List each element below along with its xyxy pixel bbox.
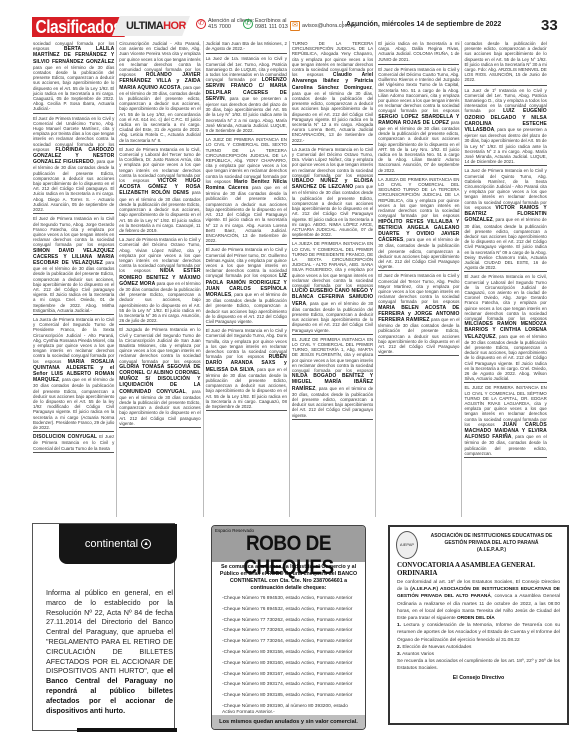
classified-column: TURNO DE LA TERCERA CIRCUNSCRIPCIÓN JUDI… (290, 41, 376, 517)
edict-notice: El Juez de Primera Instancia en lo Civil… (206, 328, 287, 411)
convocatoria-body: De conformidad al art. 16º de los Estatu… (397, 579, 560, 673)
classified-column: contados desde la publicación del presen… (462, 41, 548, 517)
publication-date: Asunción, miércoles 14 de septiembre de … (342, 21, 501, 28)
signature: El Consejo Directivo (397, 675, 560, 681)
edict-notice: El Juez de Primera Instancia en lo Civil… (33, 216, 114, 315)
classified-column: Circunscripción Judicial - Alto Paraná, … (117, 41, 203, 517)
edict-notice: La Jueza de Primera Instancia en lo Civi… (33, 317, 114, 432)
page-number: 33 (541, 17, 558, 34)
agenda-item: 3. Asuntos Varios (397, 651, 560, 658)
edict-notice: El Juez de Primera Instancia en lo Civil… (119, 147, 200, 235)
edict-notice: LA JUEZA DE PRIMERA INSTANCIA EN LO CIVI… (292, 241, 373, 334)
edict-notice: El Juzgado de Primera Instancia en lo Ci… (119, 327, 200, 428)
whatsapp-icon: ✆ (243, 19, 253, 29)
list-item: -Cheque Número 80 393156, estado Activo,… (222, 648, 365, 659)
edict-notice: El Juez de Primera Instancia en lo Civil… (464, 274, 546, 383)
robo-header: Espacio Reservado ROBO DE CHEQUES (212, 526, 365, 562)
tree-icon: ▲ (141, 539, 151, 549)
aiepap-ad: AIEPAP ASOCIACIÓN DE INSTITUCIONES EDUCA… (388, 525, 569, 725)
continental-ad: continental ▲ Informa al público en gene… (32, 523, 175, 731)
convocatoria-title: CONVOCATORIA A ASAMBLEA GENERAL ORDINARI… (397, 561, 560, 577)
edict-notice: Circunscripción Judicial - Alto Paraná, … (119, 41, 200, 145)
robo-cheques-ad: Espacio Reservado ROBO DE CHEQUES Se com… (211, 525, 366, 730)
edict-notice: El Juez de Primera Instancia en lo Civil… (206, 247, 287, 326)
list-item: -Cheque Número 76 894532, estado Activo,… (222, 605, 365, 616)
continental-notice: Informa al público en general, en el mar… (46, 588, 173, 715)
edict-notice: El Juez de Primera Instancia en lo Civil… (33, 116, 114, 215)
edict-notice: contados desde la publicación del presen… (464, 41, 546, 86)
agenda-item: 2. Elección de Nuevas Autoridades (397, 644, 560, 651)
edict-notice: El Juez de Primera Instancia en lo Civil… (378, 273, 459, 356)
edict-notice: LA JUEZA DE PRIMERA INSTANCIA EN LO CIVI… (378, 177, 459, 271)
edict-notice: La Juez de Primera Instancia en lo Civil… (464, 168, 546, 272)
list-item: -Cheque Número 80 393190, al número 80 3… (222, 702, 365, 716)
edict-notice: TURNO DE LA TERCERA CIRCUNSCRIPCIÓN JUDI… (292, 41, 373, 145)
list-item: -Cheque Número 80 393174, estado Activo,… (222, 680, 365, 691)
classified-column: sociedad conyugal formada por los esposo… (31, 41, 117, 517)
edict-notice: El juicio radica en la Secretaría a mi c… (378, 41, 459, 65)
edict-notice: El Juez de Primera Instancia en lo Civil… (378, 67, 459, 175)
edict-notice: La Juez de Primera Instancia en lo Civil… (119, 237, 200, 325)
phone-icon: ✆ (196, 19, 206, 29)
agenda-item: 1. Lectura y consideración de la Memoria… (397, 622, 560, 644)
edict-notice: DISOLUCION CONYUGAL El Juez de Primera I… (33, 434, 114, 453)
list-item: -Cheque Número 80 393185, estado Activo,… (222, 691, 365, 702)
list-item: -Cheque Número 77 730263, estado Activo,… (222, 626, 365, 637)
list-item: -Cheque Número 77 730264, estado Activo,… (222, 637, 365, 648)
mail-icon: ✉ (290, 21, 300, 31)
edict-notice: EL JUEZ DE PRIMERA INSTANCIA EN LO CIVIL… (464, 385, 546, 458)
list-item: -Cheque Número 80 393160, estado Activo,… (222, 659, 365, 670)
edict-notice: La Jueza de Primera Instancia en lo Civi… (292, 147, 373, 239)
classified-column: Judicial San Juan Bta de las Misiones, 2… (204, 41, 290, 517)
page-header: Clasificados ULTIMAHORA ✆ Atención al cl… (0, 16, 580, 38)
divider (77, 728, 177, 732)
reminder: Se recuerda a los asociados el cumplimie… (397, 658, 560, 672)
list-item: -Cheque Número 80 393167, estado Activo,… (222, 670, 365, 681)
classifieds-columns: sociedad conyugal formada por los esposo… (31, 41, 549, 517)
contact-whatsapp: ✆ Escríbinos al0981 111 013 (243, 18, 288, 30)
edict-notice: La Juez de 1ra. Instancia en lo Civil y … (206, 56, 287, 135)
list-item: -Cheque Número 77 730262, estado Active,… (222, 616, 365, 627)
continental-logo: continental ▲ (59, 524, 177, 564)
edict-notice: EL JUEZ DE PRIMERA INSTANCIA EN LO CIVIL… (292, 337, 373, 420)
robo-title: ROBO DE CHEQUES (220, 532, 358, 580)
edict-notice: Judicial San Juan Bta de las Misiones, 2… (206, 41, 287, 54)
robo-footer: Los mismos quedan anulados y sin valor c… (212, 715, 365, 729)
newspaper-logo: ULTIMAHORA (112, 16, 190, 36)
org-name: ASOCIACIÓN DE INSTITUCIONES EDUCATIVAS D… (423, 530, 560, 554)
edict-notice: La Juez de 1º Instancia en lo Civil y Co… (464, 88, 546, 167)
aiepap-logo: AIEPAP (396, 531, 418, 559)
edict-notice: sociedad conyugal formada por los esposo… (33, 41, 114, 114)
classified-column: El juicio radica en la Secretaría a mi c… (376, 41, 462, 517)
list-item: -Cheque Número 76 894530, estado Activo,… (222, 594, 365, 605)
edict-notice: LA JUEZ DE PRIMERA INSTANCIA EN LO CIVIL… (206, 137, 287, 245)
cheque-list: -Cheque Número 76 894530, estado Activo,… (212, 594, 365, 716)
